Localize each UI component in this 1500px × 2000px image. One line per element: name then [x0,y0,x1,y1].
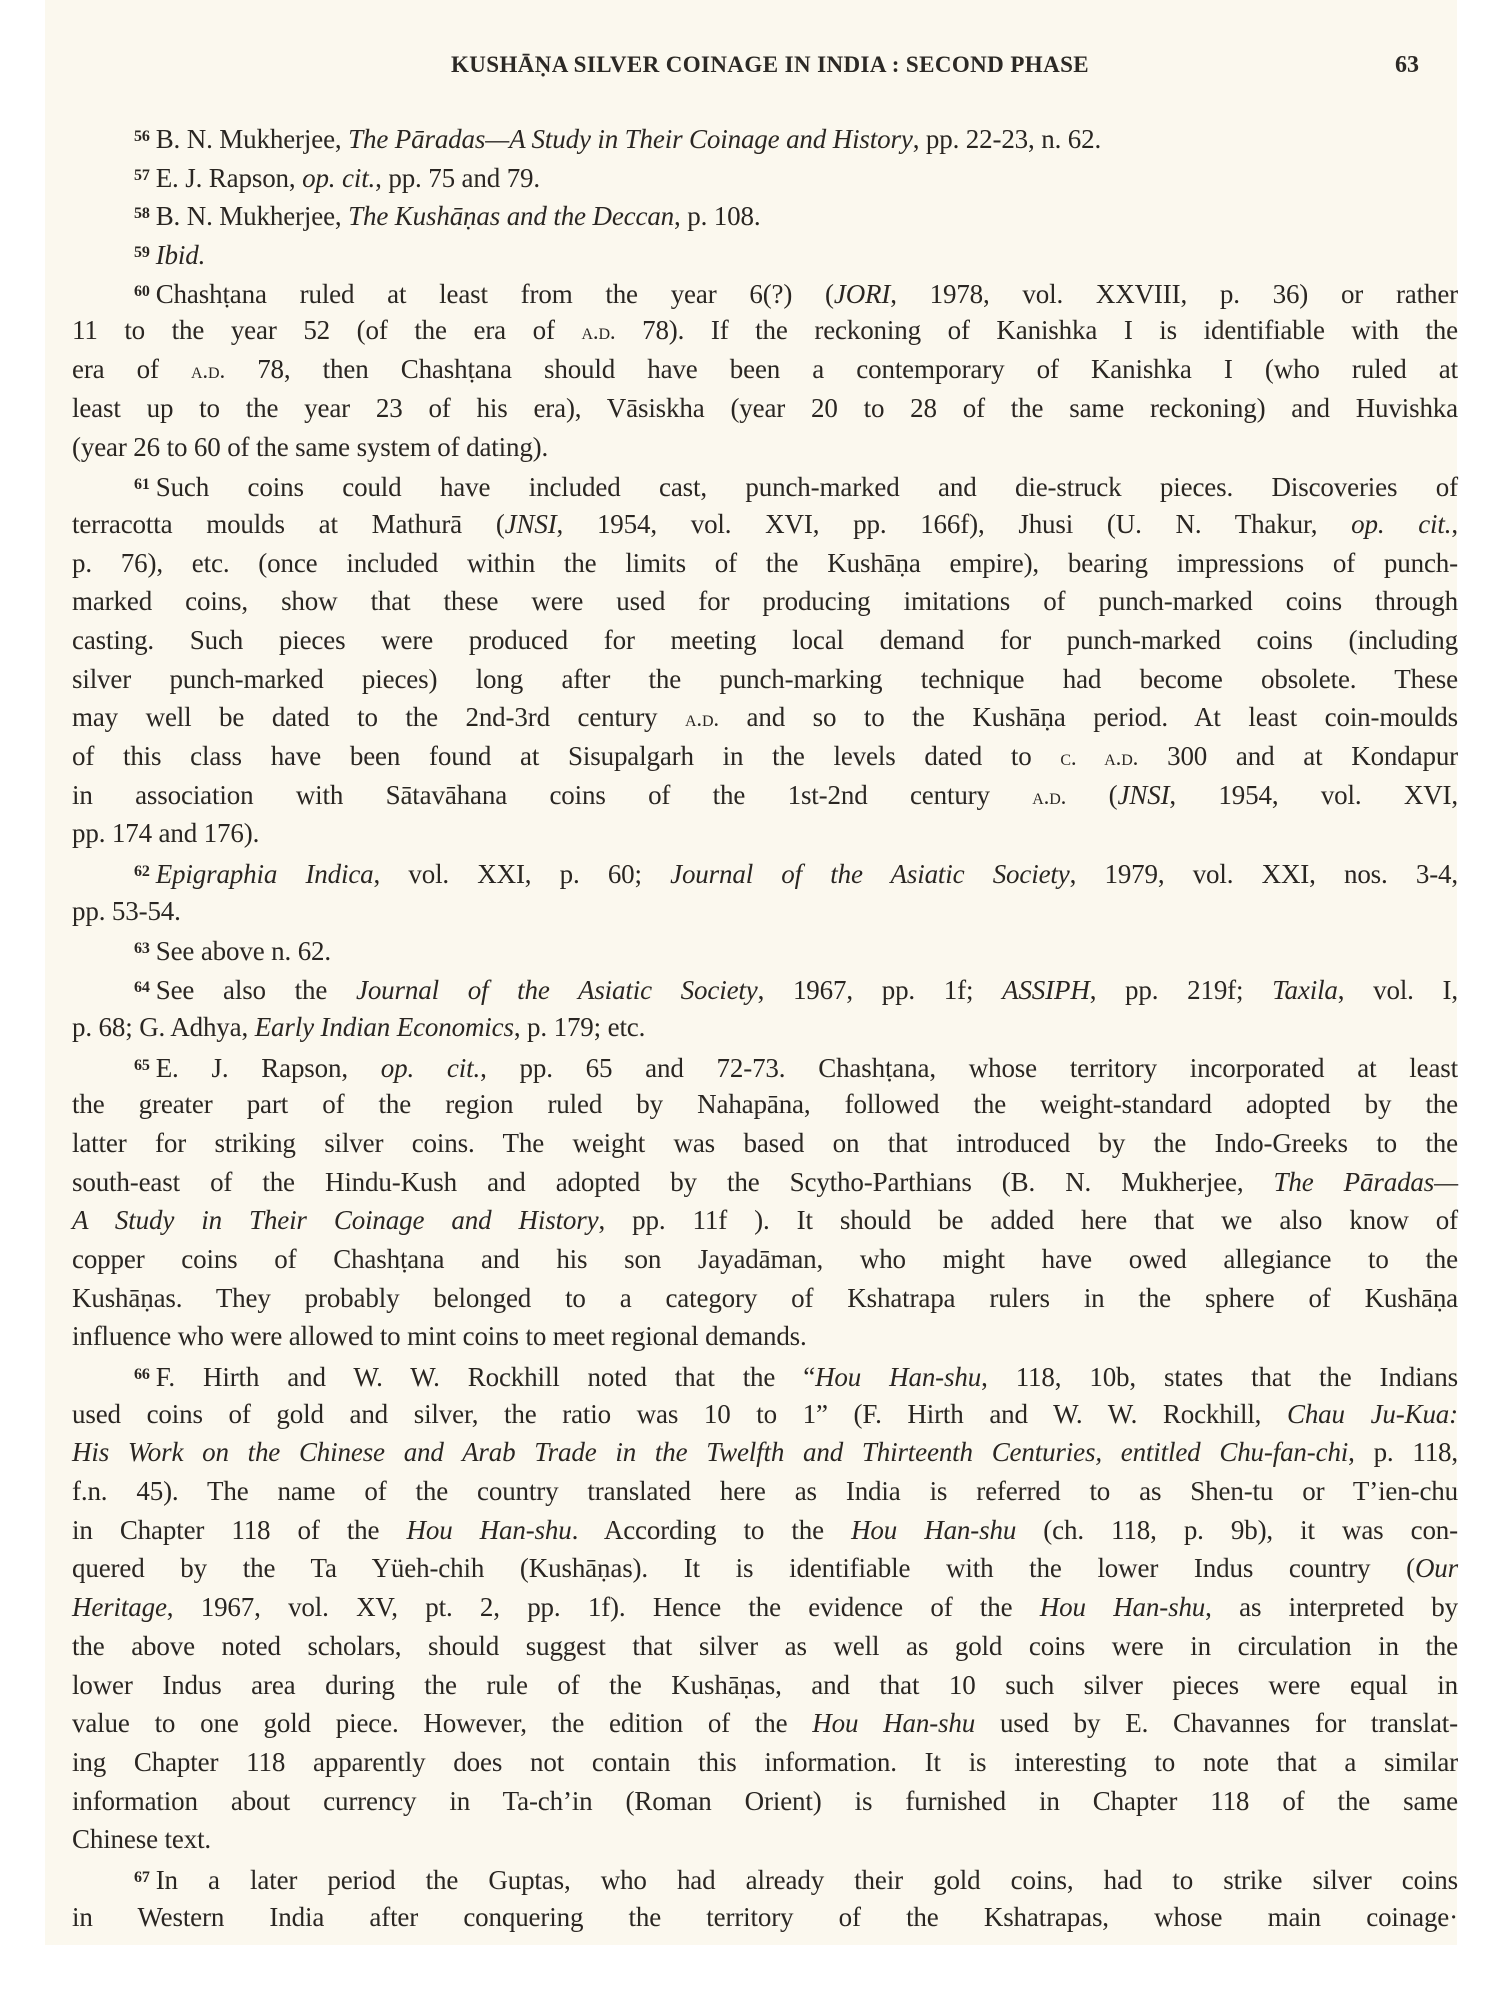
small-caps-era: a.d. [581,319,615,344]
footnote-text: latter for striking silver coins. The we… [72,1128,1458,1158]
footnote-text: 78, then Chashṭana should have been a co… [225,354,1458,384]
footnote-text: 78). If the reckoning of Kanishka I is i… [615,315,1458,345]
footnote-first-line: 64See also the Journal of the Asiatic So… [72,969,1458,1008]
footnote-line: south-east of the Hindu-Kush and adopted… [72,1163,1458,1202]
footnote-text: B. N. Mukherjee, [156,201,348,231]
footnote-number: 67 [134,1869,150,1886]
footnote-text: , 118, 10b, states that the Indians [981,1362,1458,1392]
footnote-text: the above noted scholars, should suggest… [72,1631,1458,1661]
footnote-first-line: 63See above n. 62. [72,930,1458,969]
footnote-text: , p. 118, [1348,1437,1458,1467]
italic-citation: Hou Han-shu [815,1362,981,1392]
footnote-text: See also the [156,975,356,1005]
footnote-number: 61 [134,476,150,493]
footnote-text: may well be dated to the 2nd-3rd century [72,702,685,732]
footnote-text: influence who were allowed to mint coins… [72,1321,807,1351]
small-caps-era: a.d. [685,706,719,731]
footnote-first-line: 60Chashṭana ruled at least from the year… [72,273,1458,312]
footnote-number: 66 [134,1366,150,1383]
italic-citation: His Work on the Chinese and Arab Trade i… [72,1437,1348,1467]
footnote-first-line: 66F. Hirth and W. W. Rockhill noted that… [72,1356,1458,1395]
footnote-line: in association with Sātavāhana coins of … [72,776,1458,815]
footnote-text: value to one gold piece. However, the ed… [72,1708,812,1738]
footnote-line: value to one gold piece. However, the ed… [72,1704,1458,1743]
footnote-first-line: 65E. J. Rapson, op. cit., pp. 65 and 72-… [72,1047,1458,1086]
footnote-line: the above noted scholars, should suggest… [72,1627,1458,1666]
footnote-line: 11 to the year 52 (of the era of a.d. 78… [72,311,1458,350]
footnote-text: B. N. Mukherjee, [156,124,348,154]
footnote-text: Such coins could have included cast, pun… [156,472,1458,502]
footnote-line: Heritage, 1967, vol. XV, pt. 2, pp. 1f).… [72,1588,1458,1627]
footnote-number: 56 [134,128,150,145]
footnote-text: p. 68; G. Adhya, [72,1012,255,1042]
italic-citation: Journal of the Asiatic Society [356,975,758,1005]
italic-citation: Epigraphia Indica [156,859,374,889]
footnote-text: p. 76), etc. (once included within the l… [72,548,1458,578]
footnote-text: , 1979, vol. XXI, nos. 3-4, [1070,859,1458,889]
italic-citation: Our [1415,1553,1458,1583]
footnote-text: , 1967, pp. 1f; [758,975,1003,1005]
footnote-line: in Western India after conquering the te… [72,1898,1458,1937]
footnote-text: 300 and at Kondapur [1138,741,1458,771]
italic-citation: Hou Han-shu [407,1515,572,1545]
footnote-line: silver punch-marked pieces) long after t… [72,660,1458,699]
italic-citation: The Pāradas— [1274,1167,1458,1197]
footnote-text: quered by the Ta Yüeh-chih (Kushāṇas). I… [72,1553,1415,1583]
footnote-number: 59 [134,244,150,261]
italic-citation: ASSIPH [1002,975,1090,1005]
footnote-first-line: 67In a later period the Guptas, who had … [72,1859,1458,1898]
footnote-line: influence who were allowed to mint coins… [72,1317,1458,1356]
footnote-text: F. Hirth and W. W. Rockhill noted that t… [156,1362,815,1392]
italic-citation: Hou Han-shu [851,1515,1016,1545]
footnote-first-line: 62Epigraphia Indica, vol. XXI, p. 60; Jo… [72,853,1458,892]
footnote-text: Chinese text. [72,1824,211,1854]
footnote-line: p. 76), etc. (once included within the l… [72,544,1458,583]
footnote-text: , pp. 75 and 79. [375,163,540,193]
footnote-text: in Chapter 118 of the [72,1515,407,1545]
footnote-text: terracotta moulds at Mathurā ( [72,509,505,539]
footnote-first-line: 61Such coins could have included cast, p… [72,466,1458,505]
page-number: 63 [1395,52,1419,79]
footnote-number: 58 [134,205,150,222]
footnote-first-line: 57E. J. Rapson, op. cit., pp. 75 and 79. [72,157,1458,196]
footnote-text: , vol. I, [1338,975,1458,1005]
footnote-line: (year 26 to 60 of the same system of dat… [72,428,1458,467]
footnote-text: the greater part of the region ruled by … [72,1089,1458,1119]
footnote-text: . According to the [572,1515,851,1545]
footnote-line: His Work on the Chinese and Arab Trade i… [72,1433,1458,1472]
footnote-number: 64 [134,979,150,996]
footnote-line: pp. 174 and 176). [72,814,1458,853]
footnote-line: in Chapter 118 of the Hou Han-shu. Accor… [72,1511,1458,1550]
italic-citation: A Study in Their Coinage and History [72,1205,598,1235]
footnote-line: quered by the Ta Yüeh-chih (Kushāṇas). I… [72,1549,1458,1588]
footnote-line: marked coins, show that these were used … [72,582,1458,621]
footnote-text: , pp. 22-23, n. 62. [913,124,1101,154]
italic-citation: op. cit. [381,1053,480,1083]
footnote-number: 65 [134,1057,150,1074]
footnote-line: may well be dated to the 2nd-3rd century… [72,698,1458,737]
footnote-text: , pp. 11f ). It should be added here tha… [598,1205,1458,1235]
footnote-text: f.n. 45). The name of the country transl… [72,1476,1458,1506]
small-caps-era: a.d. [191,358,225,383]
footnote-text: south-east of the Hindu-Kush and adopted… [72,1167,1274,1197]
footnote-text: In a later period the Guptas, who had al… [156,1865,1458,1895]
italic-citation: Heritage [72,1592,167,1622]
footnote-text: , 1978, vol. XXVIII, p. 36) or rather [890,279,1458,309]
italic-citation: JNSI [1118,780,1170,810]
book-page: KUSHĀṆA SILVER COINAGE IN INDIA : SECOND… [45,0,1457,1945]
footnote-number: 62 [134,863,150,880]
footnote-text: , [1451,509,1458,539]
footnote-line: information about currency in Ta-ch’in (… [72,1782,1458,1821]
footnote-text: ( [1066,780,1117,810]
footnote-line: Chinese text. [72,1820,1458,1859]
footnote-first-line: 59Ibid. [72,234,1458,273]
footnote-number: 63 [134,940,150,957]
footnote-text: See above n. 62. [156,936,331,966]
footnote-text: lower Indus area during the rule of the … [72,1670,1458,1700]
footnote-number: 57 [134,167,150,184]
footnote-text: (year 26 to 60 of the same system of dat… [72,432,548,462]
italic-citation: Ibid. [156,240,206,270]
footnote-line: Kushāṇas. They probably belonged to a ca… [72,1279,1458,1318]
footnote-text: (ch. 118, p. 9b), it was con- [1016,1515,1458,1545]
footnote-text: in Western India after conquering the te… [72,1902,1458,1932]
footnote-text: , as interpreted by [1205,1592,1458,1622]
italic-citation: Journal of the Asiatic Society [670,859,1070,889]
footnote-text: Chashṭana ruled at least from the year 6… [156,279,834,309]
footnote-text: in association with Sātavāhana coins of … [72,780,1032,810]
footnote-line: copper coins of Chashṭana and his son Ja… [72,1240,1458,1279]
footnote-line: casting. Such pieces were produced for m… [72,621,1458,660]
footnote-text: E. J. Rapson, [156,1053,381,1083]
footnote-text: , p. 108. [674,201,760,231]
footnote-text: , pp. 65 and 72-73. Chashṭana, whose ter… [480,1053,1458,1083]
footnote-text: information about currency in Ta-ch’in (… [72,1786,1458,1816]
footnote-text: , pp. 219f; [1090,975,1272,1005]
footnote-number: 60 [134,283,150,300]
italic-citation: Hou Han-shu [812,1708,975,1738]
running-title: KUSHĀṆA SILVER COINAGE IN INDIA : SECOND… [335,52,1205,78]
footnote-first-line: 58B. N. Mukherjee, The Kushāṇas and the … [72,195,1458,234]
footnote-text: ing Chapter 118 apparently does not cont… [72,1747,1458,1777]
footnotes-block: 56B. N. Mukherjee, The Pāradas—A Study i… [72,118,1458,1936]
footnote-text: used coins of gold and silver, the ratio… [72,1399,1287,1429]
footnote-line: of this class have been found at Sisupal… [72,737,1458,776]
footnote-text: Kushāṇas. They probably belonged to a ca… [72,1283,1458,1313]
italic-citation: Hou Han-shu [1040,1592,1205,1622]
footnote-text: , 1967, vol. XV, pt. 2, pp. 1f). Hence t… [167,1592,1040,1622]
footnote-text: , 1954, vol. XVI, [1169,780,1458,810]
footnote-text: casting. Such pieces were produced for m… [72,625,1458,655]
italic-citation: The Pāradas—A Study in Their Coinage and… [348,124,913,154]
small-caps-era: a.d. [1032,784,1066,809]
italic-citation: JORI [834,279,890,309]
footnote-text: , vol. XXI, p. 60; [374,859,671,889]
italic-citation: op. cit. [1351,509,1451,539]
footnote-line: least up to the year 23 of his era), Vās… [72,389,1458,428]
footnote-text: silver punch-marked pieces) long after t… [72,664,1458,694]
italic-citation: Taxila [1272,975,1338,1005]
italic-citation: The Kushāṇas and the Deccan [348,201,674,231]
footnote-line: pp. 53-54. [72,892,1458,931]
footnote-line: the greater part of the region ruled by … [72,1085,1458,1124]
footnote-line: ing Chapter 118 apparently does not cont… [72,1743,1458,1782]
footnote-text: marked coins, show that these were used … [72,586,1458,616]
footnote-text: , 1954, vol. XVI, pp. 166f), Jhusi (U. N… [557,509,1352,539]
footnote-text: copper coins of Chashṭana and his son Ja… [72,1244,1458,1274]
footnote-line: p. 68; G. Adhya, Early Indian Economics,… [72,1008,1458,1047]
small-caps-era: c. a.d. [1060,745,1138,770]
footnote-text: era of [72,354,191,384]
footnote-line: A Study in Their Coinage and History, pp… [72,1201,1458,1240]
footnote-text: used by E. Chavannes for translat- [975,1708,1458,1738]
italic-citation: JNSI [505,509,557,539]
footnote-text: E. J. Rapson, [156,163,302,193]
footnote-text: , p. 179; etc. [514,1012,645,1042]
footnote-first-line: 56B. N. Mukherjee, The Pāradas—A Study i… [72,118,1458,157]
footnote-line: used coins of gold and silver, the ratio… [72,1395,1458,1434]
footnote-text: 11 to the year 52 (of the era of [72,315,581,345]
footnote-text: of this class have been found at Sisupal… [72,741,1060,771]
footnote-line: latter for striking silver coins. The we… [72,1124,1458,1163]
footnote-text: and so to the Kushāṇa period. At least c… [719,702,1458,732]
italic-citation: op. cit. [302,163,375,193]
italic-citation: Chau Ju-Kua: [1287,1399,1458,1429]
footnote-line: terracotta moulds at Mathurā (JNSI, 1954… [72,505,1458,544]
footnote-text: pp. 53-54. [72,896,181,926]
footnote-line: lower Indus area during the rule of the … [72,1666,1458,1705]
footnote-line: f.n. 45). The name of the country transl… [72,1472,1458,1511]
footnote-line: era of a.d. 78, then Chashṭana should ha… [72,350,1458,389]
footnote-text: least up to the year 23 of his era), Vās… [72,393,1458,423]
footnote-text: pp. 174 and 176). [72,818,259,848]
italic-citation: Early Indian Economics [255,1012,514,1042]
